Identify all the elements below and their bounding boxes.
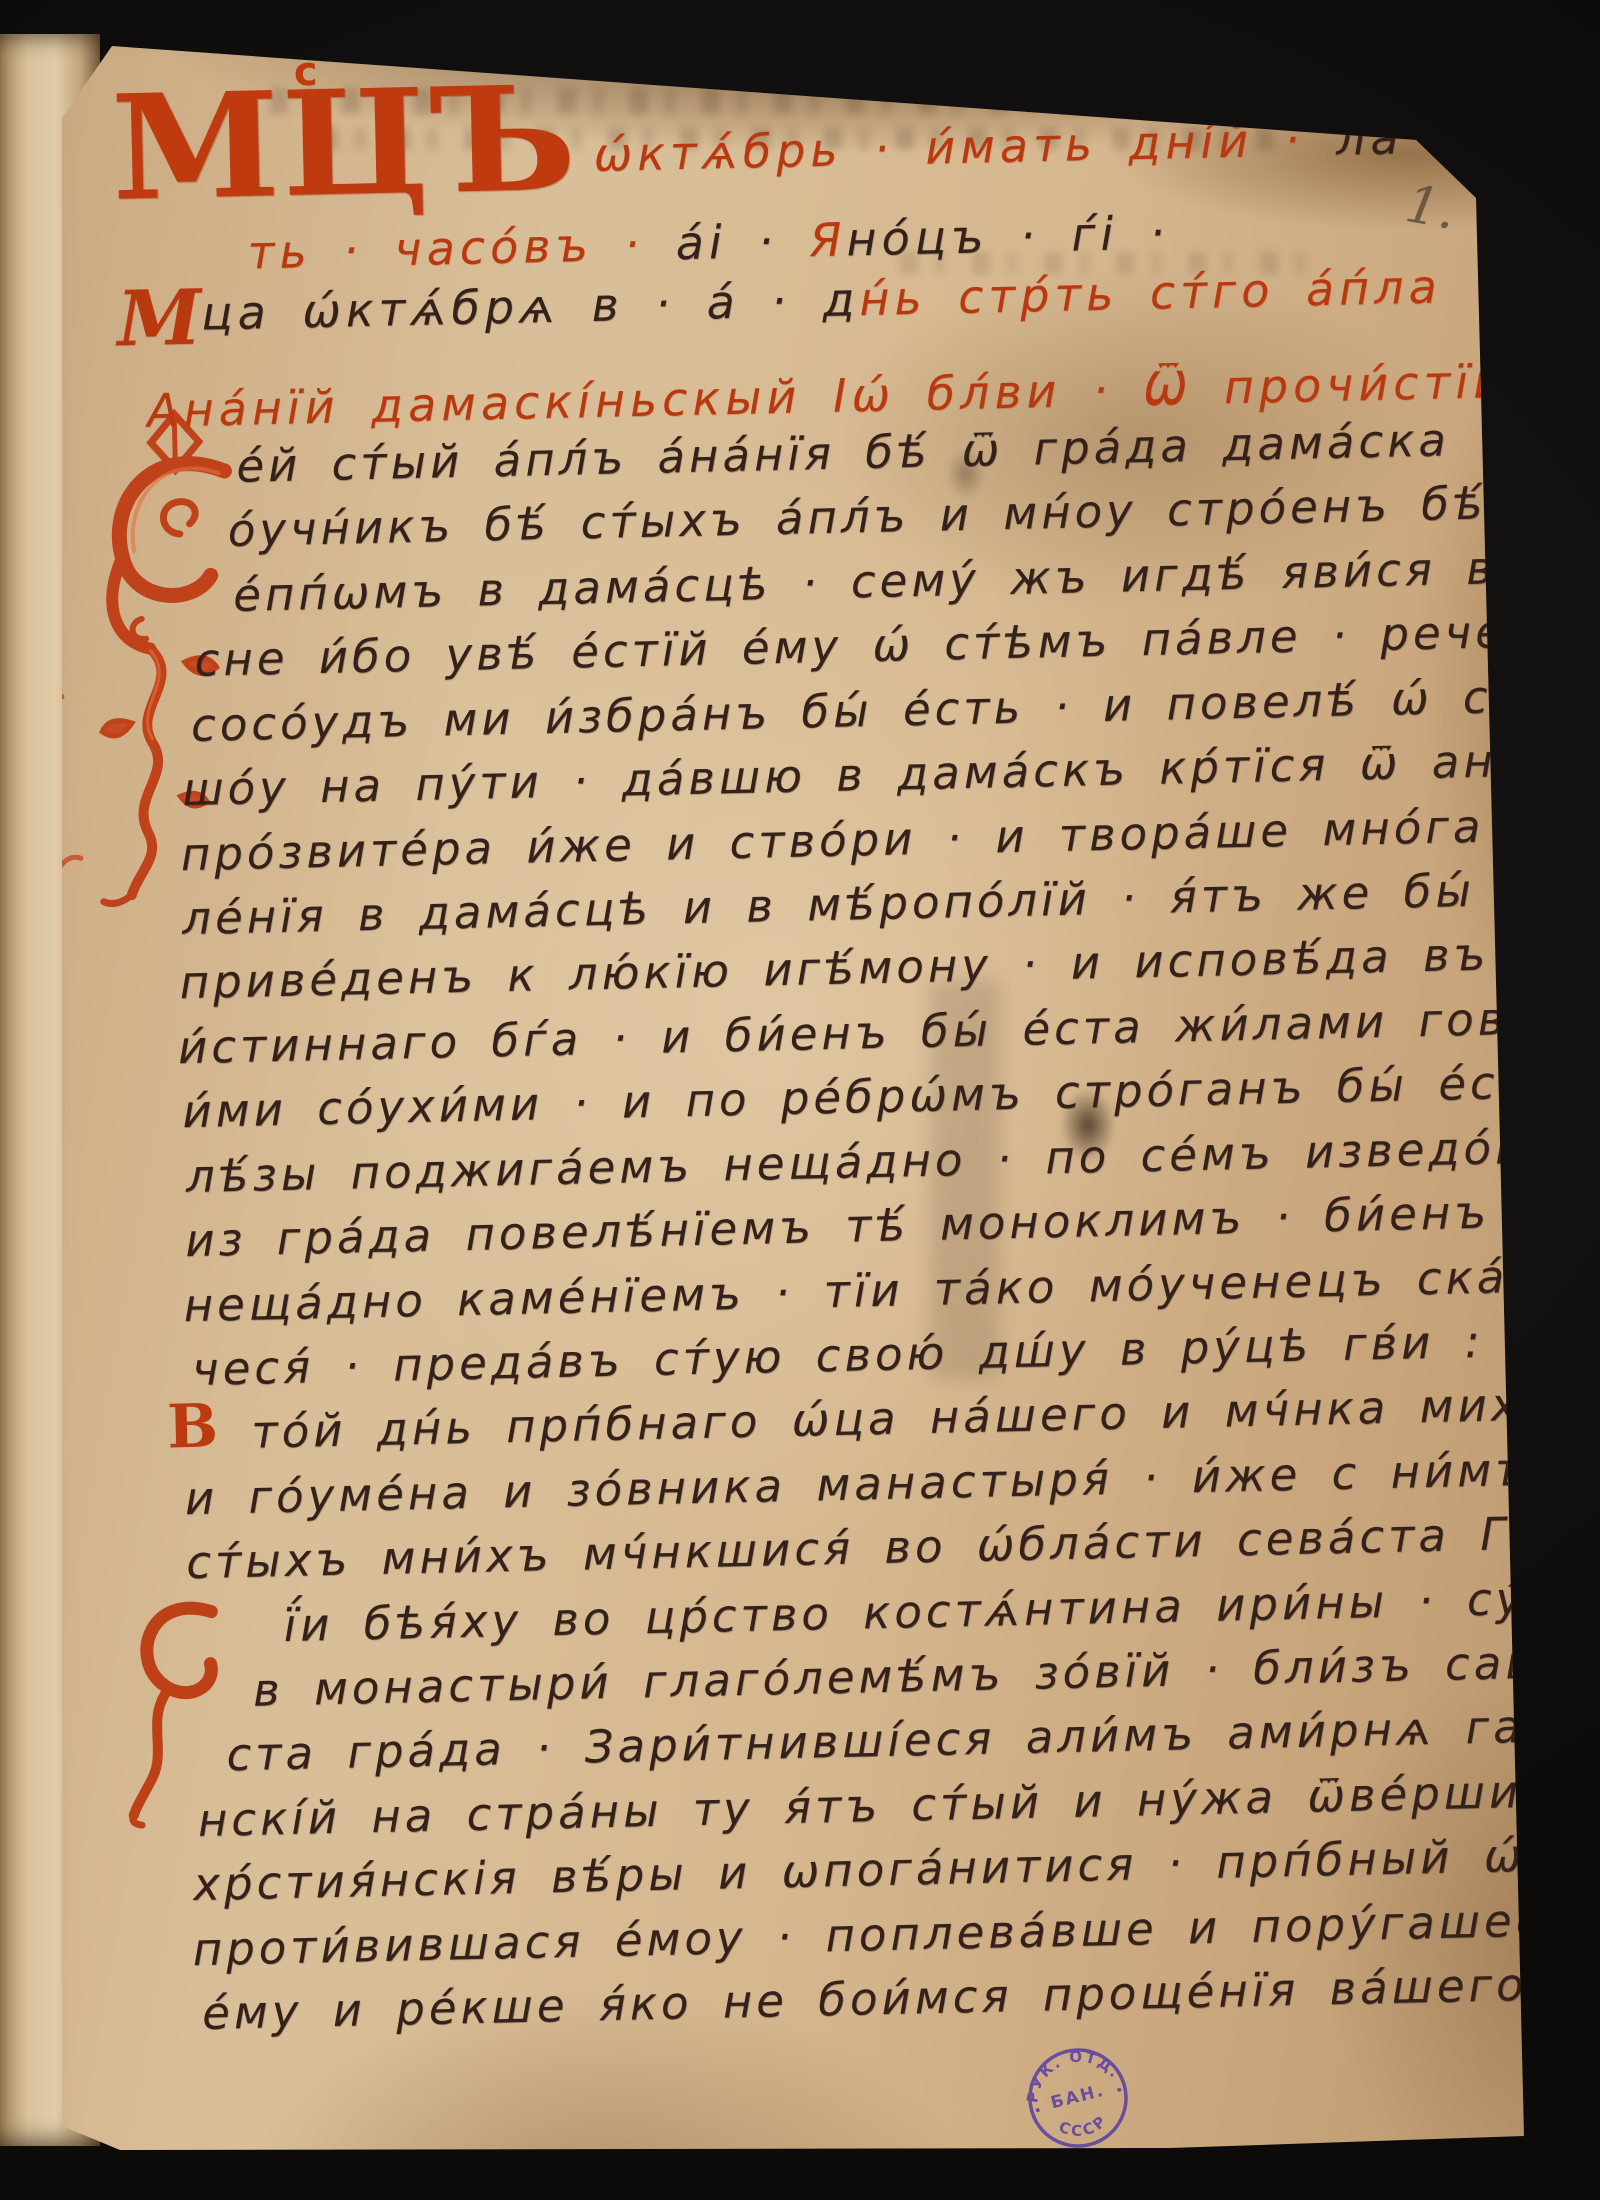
rubric-segment: ца ѡ́ктѧ́брѧ в · а́ · д bbox=[201, 272, 860, 340]
month-heading-superscript: с bbox=[293, 49, 318, 96]
paragraph-initial-v: В bbox=[167, 1391, 219, 1462]
stamp-arc-bottom: СССР bbox=[1053, 2107, 1114, 2147]
stamp-middle: БАН. bbox=[1049, 2081, 1107, 2114]
manuscript-page: 1. МЦЪ с ѡ́ктѧ́брь · и́мать дні́й · ла́ … bbox=[0, 0, 1600, 2200]
header-segment: а́і · bbox=[675, 213, 810, 270]
header-segment: но́цъ · ѓі · bbox=[846, 205, 1170, 266]
rubric-initial: М bbox=[116, 273, 202, 364]
svg-text:СССР: СССР bbox=[1053, 2107, 1114, 2147]
header-segment: ть · часо́въ · bbox=[247, 216, 676, 279]
month-heading-initial: МЦЪ bbox=[110, 67, 580, 220]
library-stamp: РУК. ОТД. БАН. СССР bbox=[1012, 2032, 1144, 2164]
photograph-background: 1. МЦЪ с ѡ́ктѧ́брь · и́мать дні́й · ла́ … bbox=[0, 0, 1600, 2200]
header-segment: ѡ́ктѧ́брь · и́мать дні́й · bbox=[593, 112, 1336, 182]
rubric-segment: н́ь стр́ть ст́го а́п́ла bbox=[859, 259, 1443, 326]
header-segment: ла́ · дн́ь · bbox=[1335, 104, 1600, 165]
header-line-1: ѡ́ктѧ́брь · и́мать дні́й · ла́ · дн́ь · … bbox=[593, 103, 1600, 181]
text-block: МЦЪ с ѡ́ктѧ́брь · и́мать дні́й · ла́ · д… bbox=[0, 0, 1600, 2200]
header-segment: Я bbox=[809, 212, 847, 267]
